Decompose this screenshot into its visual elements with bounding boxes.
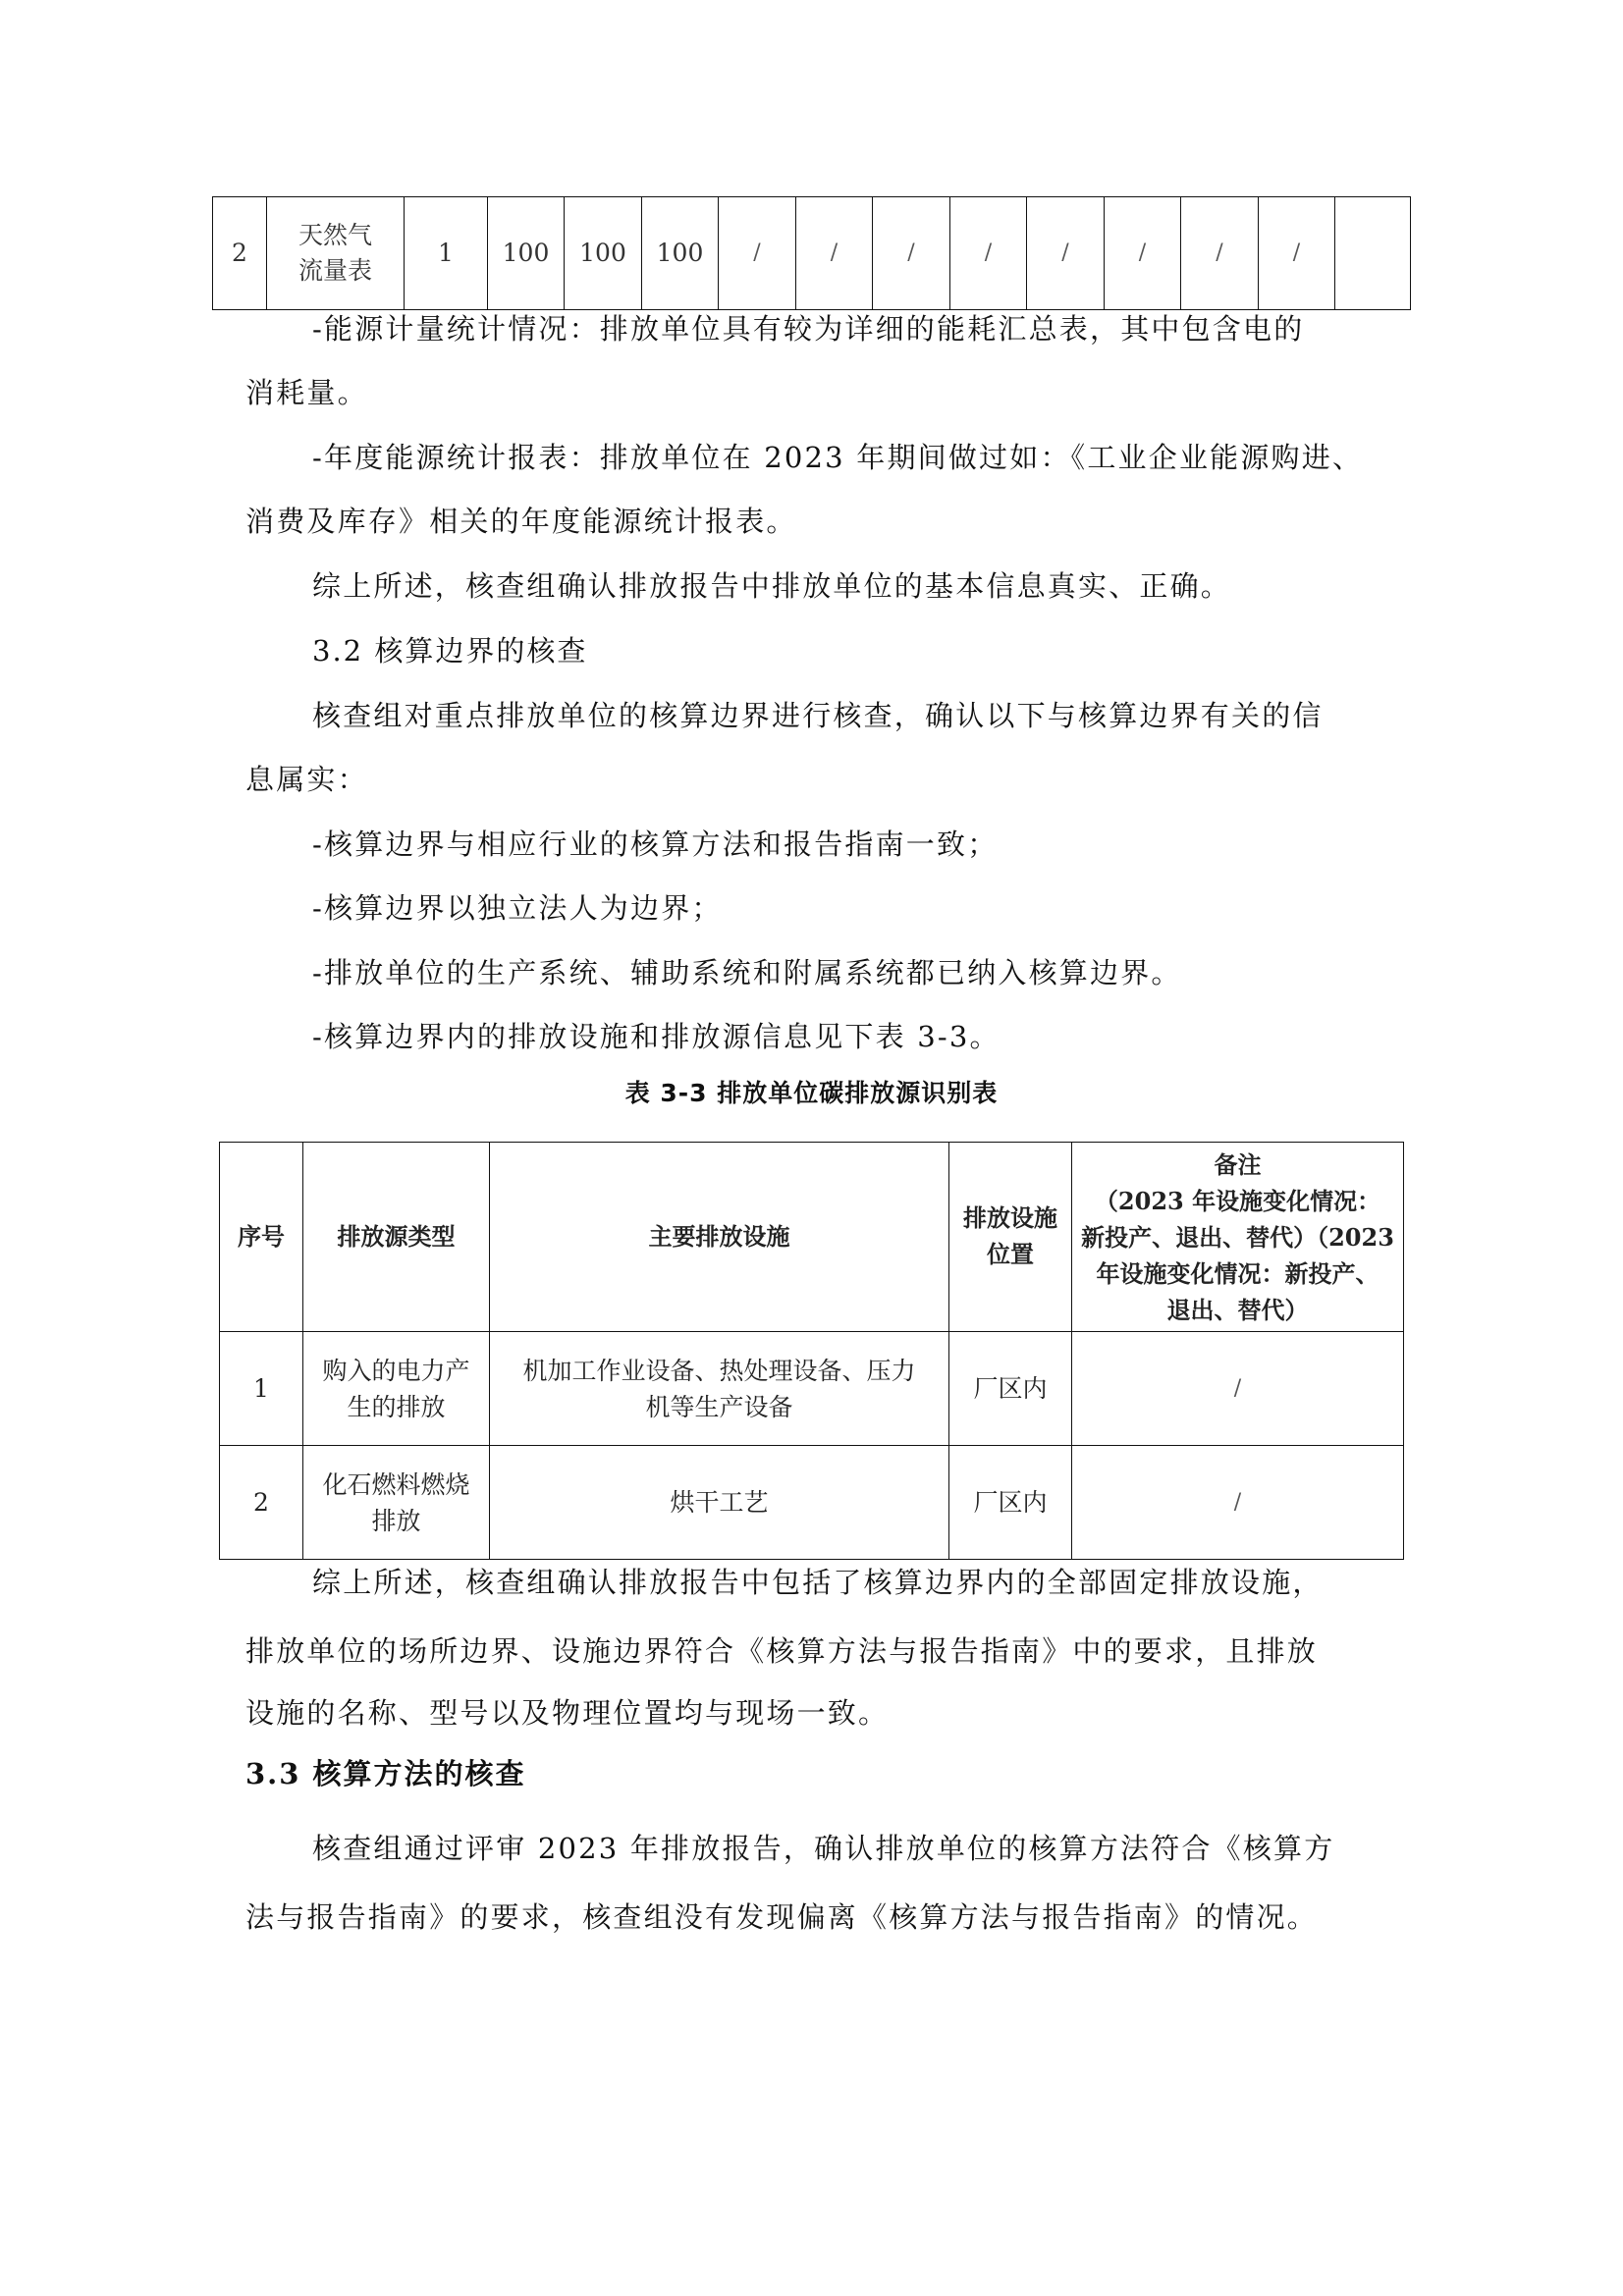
emission-source-table: 序号 排放源类型 主要排放设施 排放设施 位置 备注 （2023 年设施变化情况… [219,1142,1404,1560]
bullet-item: -核算边界与相应行业的核算方法和报告指南一致； [312,825,1451,864]
table-caption: 表 3-3 排放单位碳排放源识别表 [0,1076,1623,1111]
header-note-line3: 新投产、退出、替代）（2023 [1074,1219,1401,1255]
table-cell: / [1027,197,1105,310]
row-source-type: 购入的电力产 生的排放 [303,1332,490,1446]
table-cell: / [950,197,1027,310]
paragraph-line: 法与报告指南》的要求，核查组没有发现偏离《核算方法与报告指南》的情况。 [245,1897,1384,1937]
table-cell: / [796,197,873,310]
table-cell: / [873,197,950,310]
paragraph-line: 排放单位的场所边界、设施边界符合《核算方法与报告指南》中的要求，且排放 [245,1631,1384,1671]
paragraph-line: 综上所述，核查组确认排放报告中包括了核算边界内的全部固定排放设施， [312,1563,1451,1602]
row-note: / [1072,1446,1404,1560]
section-heading-3-2: 3.2 核算边界的核查 [312,631,587,670]
paragraph-line: 核查组对重点排放单位的核算边界进行核查，确认以下与核算边界有关的信 [312,696,1451,735]
bullet-item: -核算边界以独立法人为边界； [312,888,1451,928]
table-cell: 100 [642,197,719,310]
row-facilities: 烘干工艺 [490,1446,949,1560]
table-cell: 1 [405,197,488,310]
table-cell [1335,197,1411,310]
paragraph-line: 息属实： [245,760,1384,799]
table-cell: 100 [488,197,565,310]
paragraph-line: 核查组通过评审 2023 年排放报告，确认排放单位的核算方法符合《核算方 [312,1829,1451,1868]
section-heading-3-3: 3.3 核算方法的核查 [245,1754,526,1793]
row-index: 1 [220,1332,303,1446]
table-cell: / [1105,197,1181,310]
source-type-line2: 排放 [305,1503,487,1539]
bullet-item: -排放单位的生产系统、辅助系统和附属系统都已纳入核算边界。 [312,953,1451,992]
source-type-line1: 购入的电力产 [305,1353,487,1389]
table-row: 1 购入的电力产 生的排放 机加工作业设备、热处理设备、压力 机等生产设备 厂区… [220,1332,1404,1446]
source-type-line1: 化石燃料燃烧 [305,1467,487,1503]
paragraph-line: 消费及库存》相关的年度能源统计报表。 [245,502,1384,541]
meter-name: 天然气 流量表 [267,197,405,310]
paragraph-line: -年度能源统计报表：排放单位在 2023 年期间做过如：《工业企业能源购进、 [312,438,1451,477]
source-type-line2: 生的排放 [305,1389,487,1425]
header-index: 序号 [220,1143,303,1332]
header-location: 排放设施 位置 [949,1143,1072,1332]
header-location-line2: 位置 [951,1237,1069,1273]
paragraph-line: 消耗量。 [245,373,1384,412]
table-cell: / [1181,197,1259,310]
header-note-line1: 备注 [1074,1147,1401,1183]
table-row: 2 天然气 流量表 1 100 100 100 / / / / / / / / [213,197,1411,310]
meter-table: 2 天然气 流量表 1 100 100 100 / / / / / / / / [212,196,1411,310]
header-note-line2: （2023 年设施变化情况： [1074,1183,1401,1219]
table-header-row: 序号 排放源类型 主要排放设施 排放设施 位置 备注 （2023 年设施变化情况… [220,1143,1404,1332]
row-note: / [1072,1332,1404,1446]
facilities-line1: 机加工作业设备、热处理设备、压力 [492,1353,947,1389]
row-location: 厂区内 [949,1332,1072,1446]
row-source-type: 化石燃料燃烧 排放 [303,1446,490,1560]
header-note-line4: 年设施变化情况：新投产、 [1074,1255,1401,1292]
bullet-item: -核算边界内的排放设施和排放源信息见下表 3-3。 [312,1017,1451,1056]
header-note: 备注 （2023 年设施变化情况： 新投产、退出、替代）（2023 年设施变化情… [1072,1143,1404,1332]
paragraph-line: 综上所述，核查组确认排放报告中排放单位的基本信息真实、正确。 [312,566,1451,606]
header-location-line1: 排放设施 [951,1201,1069,1237]
header-source-type: 排放源类型 [303,1143,490,1332]
row-location: 厂区内 [949,1446,1072,1560]
row-index: 2 [220,1446,303,1560]
table-cell: / [1259,197,1335,310]
header-facilities: 主要排放设施 [490,1143,949,1332]
table-row: 2 化石燃料燃烧 排放 烘干工艺 厂区内 / [220,1446,1404,1560]
row-facilities: 机加工作业设备、热处理设备、压力 机等生产设备 [490,1332,949,1446]
table-cell: / [719,197,796,310]
paragraph-line: -能源计量统计情况：排放单位具有较为详细的能耗汇总表，其中包含电的 [312,309,1451,348]
row-index: 2 [213,197,267,310]
header-note-line5: 退出、替代） [1074,1292,1401,1328]
paragraph-line: 设施的名称、型号以及物理位置均与现场一致。 [245,1693,1384,1733]
table-cell: 100 [565,197,642,310]
facilities-line2: 机等生产设备 [492,1389,947,1425]
meter-name-line2: 流量表 [267,253,404,289]
meter-name-line1: 天然气 [267,218,404,253]
